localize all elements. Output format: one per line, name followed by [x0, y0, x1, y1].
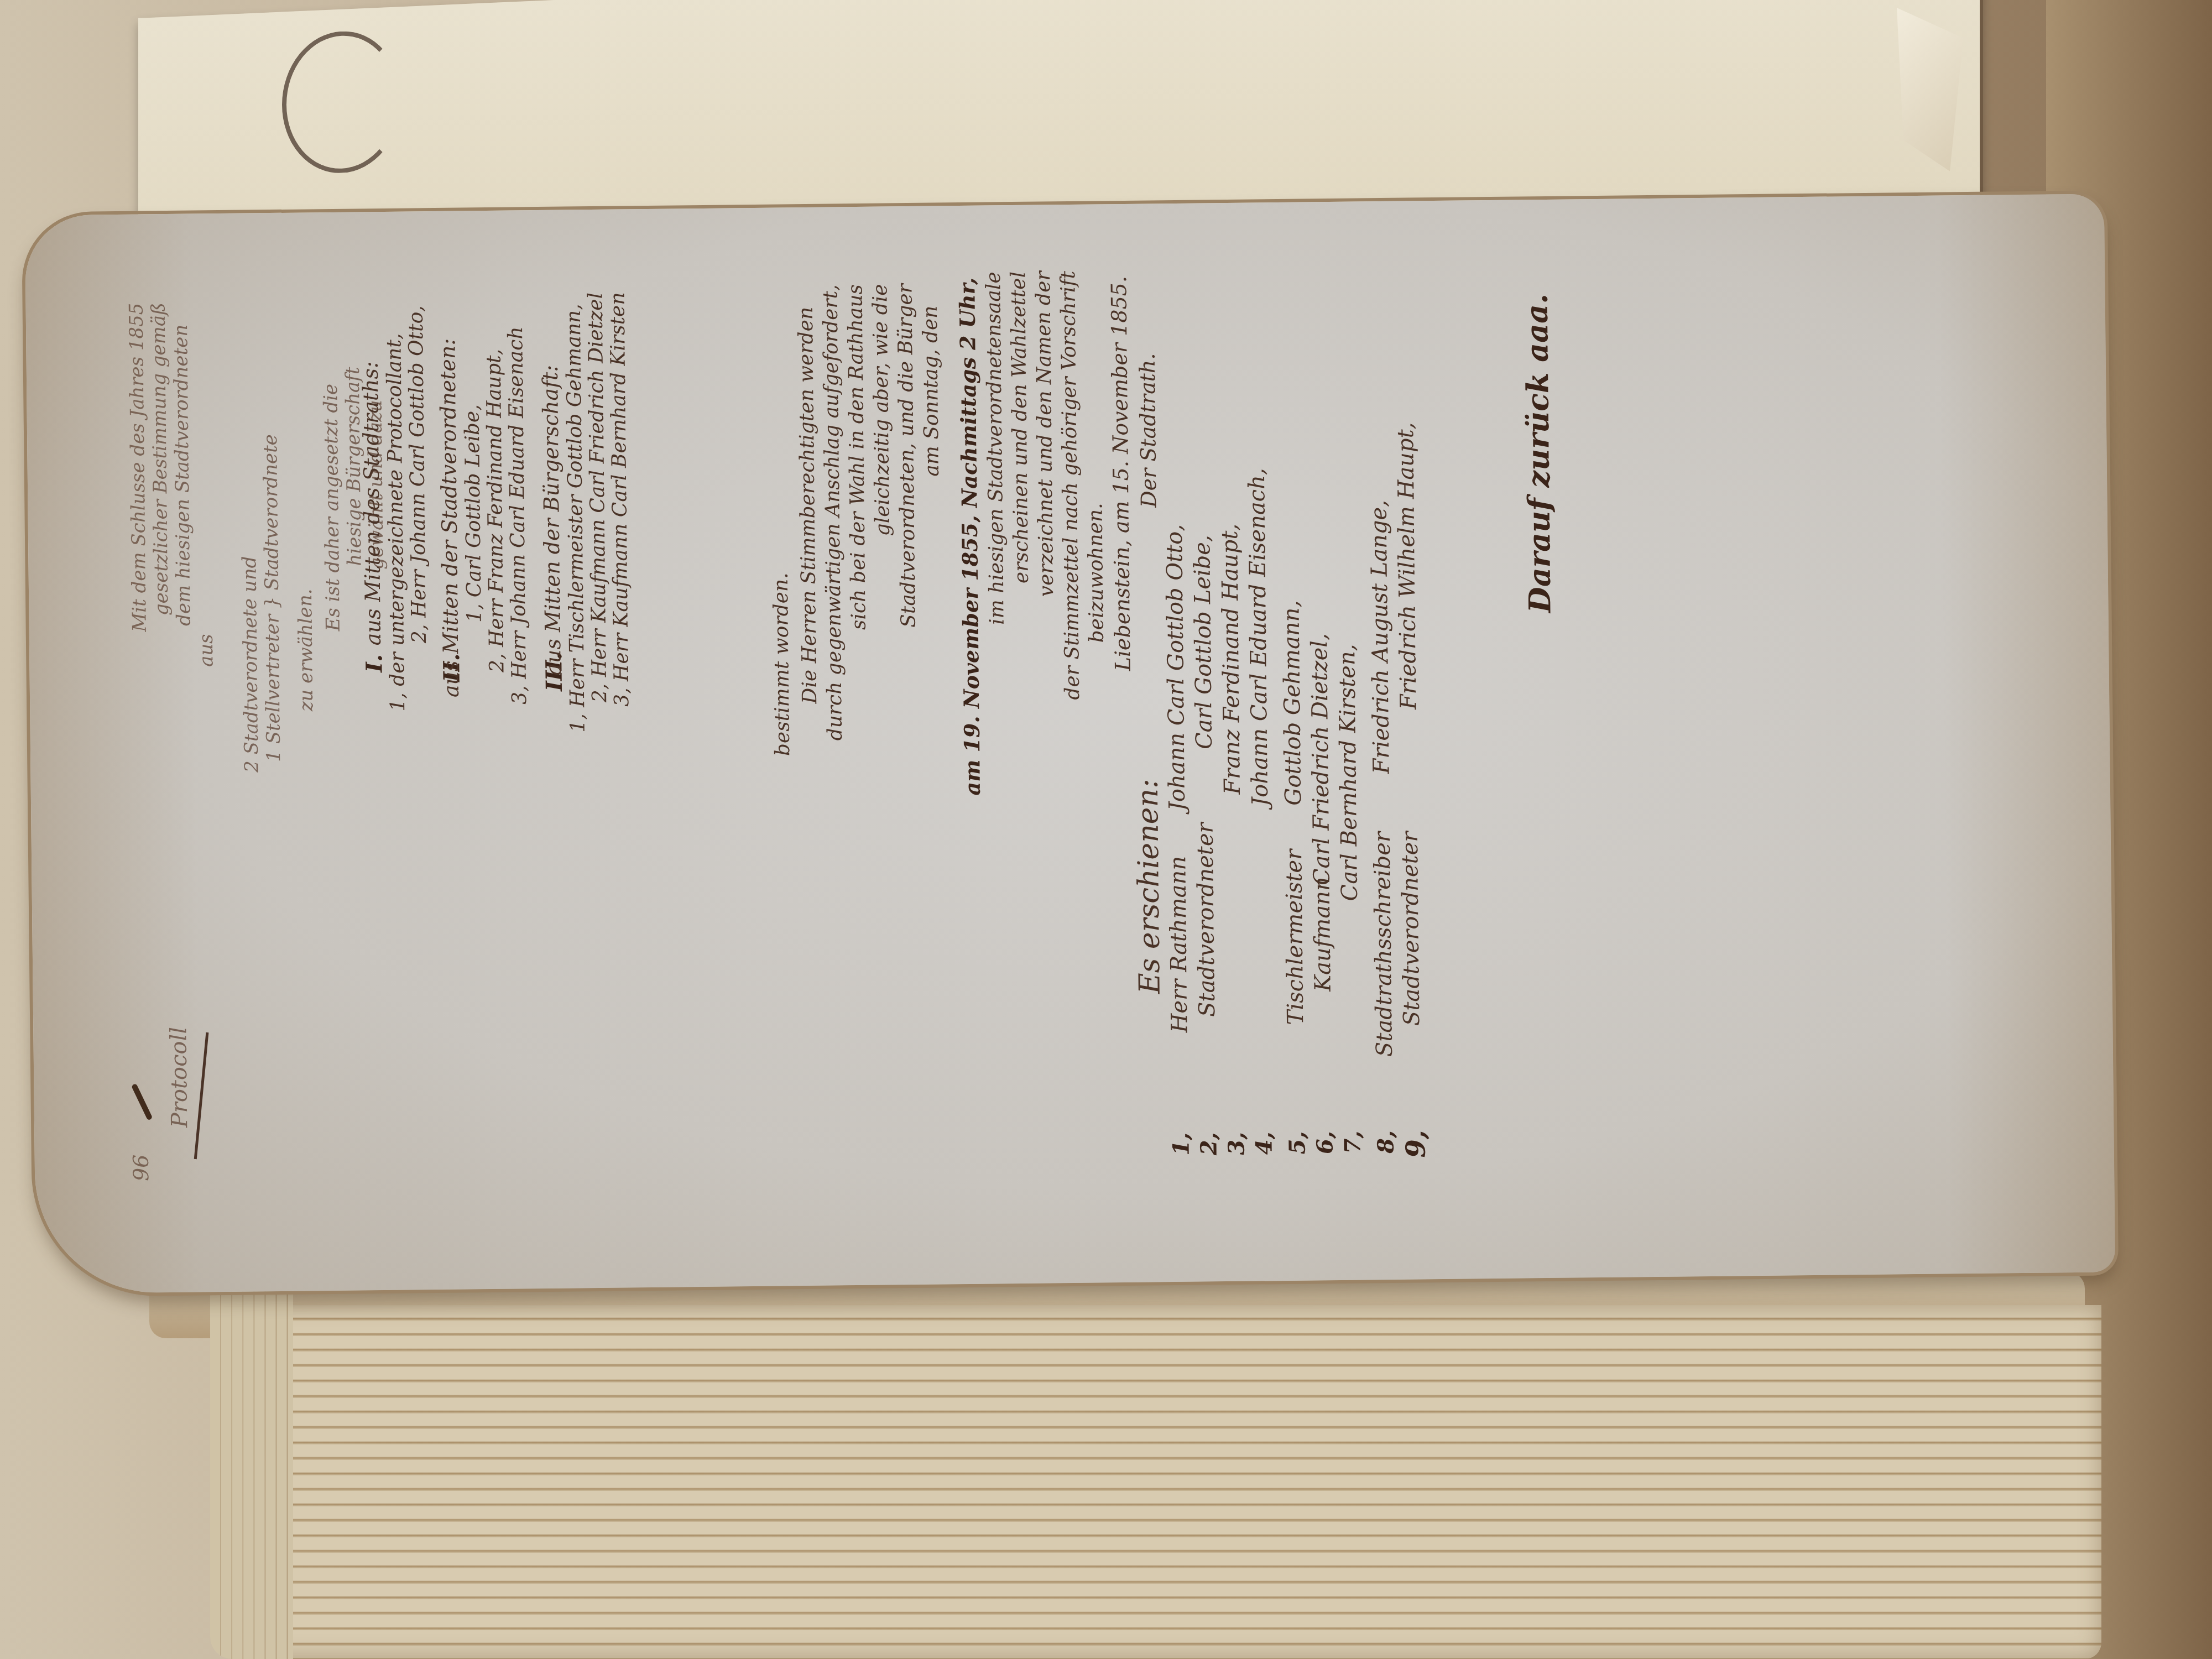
- section-entry: 1, Carl Gottlob Leibe,: [461, 404, 486, 623]
- attendee-title: Stadtverordneter: [1397, 831, 1425, 1026]
- attendee-name: Johann Carl Eduard Eisenach,: [1244, 468, 1273, 806]
- attendee-number: 6,: [1312, 1131, 1338, 1154]
- section-heading: aus Mitten der Stadtverordneten:: [435, 338, 463, 698]
- attendee-number: 4,: [1251, 1131, 1277, 1155]
- section-entry: 3, Herr Johann Carl Eduard Eisenach: [504, 326, 531, 705]
- page-corner-fold: [1897, 5, 1963, 174]
- notice-line: sich bei der Wahl in den Rathhaus: [844, 284, 870, 630]
- attendee-name: Carl Bernhard Kirsten,: [1334, 644, 1363, 901]
- attendee-number: 5,: [1284, 1131, 1310, 1154]
- intro-line: Es ist daher angesetzt die: [320, 384, 345, 632]
- attendee-name: Friedrich August Lange,: [1366, 500, 1394, 774]
- notice-line: erscheinen und den Wahlzettel: [1007, 272, 1033, 584]
- attendee-name: Johann Carl Gottlob Otto,: [1162, 524, 1190, 811]
- notice-line: am Sonntag, den: [919, 305, 943, 477]
- notice-line: Die Herren Stimmberechtigten werden: [795, 307, 822, 704]
- attendee-name: Carl Friedrich Dietzel,: [1307, 633, 1335, 885]
- section-heading: aus Mitten der Bürgerschaft:: [538, 365, 566, 676]
- notice-line: der Stimmzettel nach gehöriger Vorschrif…: [1057, 271, 1084, 700]
- signature: Der Stadtrath.: [1135, 353, 1161, 508]
- ink-blot: [131, 1083, 153, 1120]
- attendee-title: Stadtverordneter: [1193, 822, 1220, 1017]
- attendee-number: 7,: [1339, 1130, 1365, 1154]
- notice-line: im hiesigen Stadtverordnetensaale: [982, 272, 1009, 625]
- intro-line: Mit dem Schlusse des Jahres 1855: [126, 302, 151, 632]
- section-entry: 3, Herr Kaufmann Carl Bernhard Kirsten: [606, 292, 633, 707]
- closing-text: Darauf zurück aaa.: [1519, 294, 1558, 613]
- notice-line: beizuwohnen.: [1084, 503, 1108, 643]
- attendees-heading: Es erschienen:: [1131, 779, 1167, 994]
- attendee-number: 2,: [1196, 1132, 1222, 1155]
- intro-line: dem hiesigen Stadtverordneten: [170, 325, 195, 627]
- attendee-title: Stadtrathsschreiber: [1370, 832, 1397, 1057]
- page-mark: 96: [129, 1154, 154, 1181]
- intro-line: 1 Stellvertreter } Stadtverordnete: [259, 434, 285, 762]
- section-numeral: I.: [361, 654, 387, 672]
- calligraphic-flourish: [282, 29, 401, 175]
- margin-note: Protocoll: [166, 1027, 192, 1128]
- attendee-name: Gottlob Gehmann,: [1279, 601, 1306, 806]
- attendee-name: Friedrich Wilhelm Haupt,: [1393, 422, 1421, 709]
- attendee-title: Kaufmann: [1310, 877, 1336, 992]
- attendee-name: Carl Gottlob Leibe,: [1190, 535, 1217, 749]
- attendee-number: 8,: [1373, 1130, 1399, 1154]
- page-stack: [254, 1305, 2101, 1659]
- meeting-date: am 19. November 1855, Nachmittags 2 Uhr,: [954, 278, 985, 796]
- attendee-number: 9,: [1400, 1130, 1432, 1158]
- section-entry: 2, Herr Johann Carl Gottlob Otto,: [405, 305, 431, 643]
- attendee-number: 3,: [1223, 1132, 1249, 1155]
- attendee-title: Herr Rathmann: [1165, 856, 1192, 1033]
- intro-line: aus: [195, 634, 218, 667]
- intro-line: gesetzlicher Bestimmung gemäß: [148, 302, 173, 615]
- notice-line: gleichzeitig aber, wie die: [869, 284, 894, 536]
- current-page: Protocoll 96 Mit dem Schlusse des Jahres…: [25, 194, 2115, 1293]
- page-stack-left: [210, 1239, 293, 1659]
- margin-rule: [194, 1032, 209, 1159]
- intro-line: 2 Stadtverordnete und: [238, 556, 263, 773]
- notice-line: Stadtverordneten, und die Bürger: [894, 284, 920, 628]
- attendee-title: Tischlermeister: [1281, 849, 1308, 1025]
- notice-line: bestimmt worden.: [770, 572, 794, 756]
- attendee-name: Franz Ferdinand Haupt,: [1217, 524, 1245, 795]
- signed-place-date: Liebenstein, am 15. November 1855.: [1107, 276, 1135, 671]
- intro-line: zu erwählen.: [294, 588, 317, 711]
- notice-line: durch gegenwärtigen Anschlag aufgeforder…: [819, 284, 847, 740]
- attendee-number: 1,: [1168, 1133, 1194, 1156]
- section-heading: aus Mitten des Stadtraths:: [358, 361, 385, 646]
- notice-line: verzeichnet und den Namen der: [1032, 271, 1058, 597]
